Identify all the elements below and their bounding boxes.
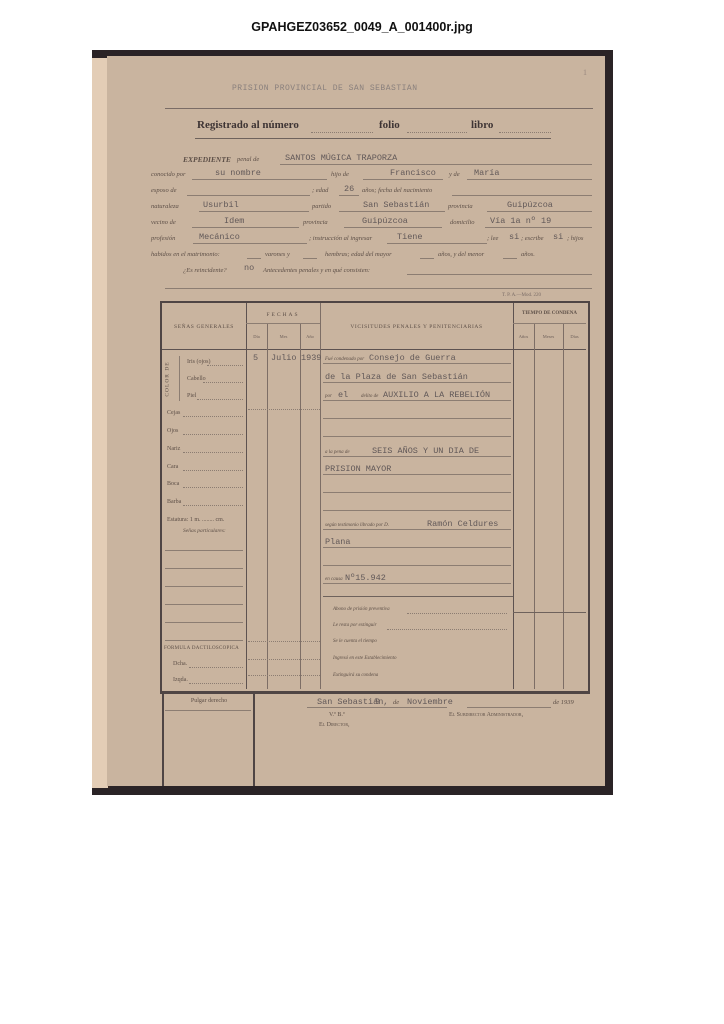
col-divider <box>534 324 535 689</box>
line <box>165 586 243 587</box>
fechas-sub-rule <box>246 323 320 324</box>
hijo-de-label: hijo de <box>331 171 349 178</box>
col-divider <box>563 324 564 689</box>
line <box>165 550 243 551</box>
senas-particulares-label: Señas particulares: <box>183 528 226 534</box>
col-tiempo-condena: TIEMPO DE CONDENA <box>513 311 586 316</box>
vecino-label: vecino de <box>151 219 176 226</box>
testimonio-line-1: Ramón Celdures <box>427 519 498 529</box>
line <box>189 667 243 668</box>
registro-numero-field <box>311 132 373 133</box>
director-label: El Director, <box>319 722 349 728</box>
anos-label: años. <box>521 251 535 258</box>
registrado-label: Registrado al número <box>197 119 299 131</box>
col-anos: Años <box>513 334 534 339</box>
line <box>452 195 592 196</box>
piel-label: Piel <box>187 393 196 399</box>
penal-de-label: penal de <box>237 156 259 163</box>
corner-mark: 1 <box>583 68 587 77</box>
hijos-label: ; hijos <box>567 235 583 242</box>
line <box>323 596 513 597</box>
line <box>192 179 327 180</box>
cejas-label: Cejas <box>167 410 180 416</box>
line <box>183 487 243 488</box>
cuenta-label: Se le cuenta el tiempo <box>333 639 377 644</box>
domicilio-label: domicilio <box>450 219 475 226</box>
habidos-label: habidos en el matrimonio: <box>151 251 220 258</box>
domicilio-value: Vía 1a nº 19 <box>490 216 551 226</box>
provincia-label: provincia <box>448 203 473 210</box>
bottom-rule <box>160 692 590 694</box>
form-code: T. P. A.—Mod. 220 <box>502 293 541 298</box>
prisoner-name: SANTOS MÚGICA TRAPORZA <box>285 153 397 163</box>
footer-month: Noviembre <box>407 697 453 707</box>
line <box>467 707 551 708</box>
col-dia: Día <box>246 334 267 339</box>
col-vicisitudes: VICISITUDES PENALES Y PENITENCIARIAS <box>320 324 513 330</box>
dcha-label: Dcha. <box>173 661 187 667</box>
line <box>339 211 445 212</box>
line <box>192 227 299 228</box>
line <box>307 707 447 708</box>
line <box>323 400 511 401</box>
color-de-label: COLOR DE <box>165 361 171 396</box>
pena-line-1: SEIS AÑOS Y UN DIA DE <box>372 446 479 456</box>
line <box>323 363 511 364</box>
cara-label: Cara <box>167 464 178 470</box>
pena-line-2: PRISION MAYOR <box>325 464 391 474</box>
nariz-label: Nariz <box>167 446 180 452</box>
line <box>183 470 243 471</box>
line <box>207 365 243 366</box>
libro-label: libro <box>471 119 493 131</box>
tiempo-sub-rule <box>513 323 586 324</box>
izqda-label: Izqda. <box>173 677 188 683</box>
line <box>247 258 261 259</box>
line <box>387 629 507 630</box>
line <box>323 565 511 566</box>
ojos-label: Ojos <box>167 428 178 434</box>
boca-label: Boca <box>167 481 179 487</box>
line <box>165 710 251 711</box>
line <box>165 568 243 569</box>
pena-label: a la pena de <box>325 450 350 455</box>
line <box>303 258 317 259</box>
condenado-por-label: Fué condenado por <box>325 357 364 362</box>
line <box>183 434 243 435</box>
line <box>197 399 243 400</box>
subdirector-label: El Subdirector Administrador, <box>449 712 523 718</box>
line <box>183 505 243 506</box>
profesion-label: profesión <box>151 235 175 242</box>
line <box>183 416 243 417</box>
line <box>165 288 592 289</box>
delito-label: delito de <box>361 394 378 399</box>
line <box>183 452 243 453</box>
col-divider <box>267 324 268 689</box>
instruccion-label: ; instrucción al ingresar <box>309 235 372 242</box>
col-senas-generales: SEÑAS GENERALES <box>162 324 246 330</box>
line <box>407 274 592 275</box>
varones-label: varones y <box>265 251 290 258</box>
naturaleza-label: naturaleza <box>151 203 179 210</box>
col-meses: Meses <box>534 334 563 339</box>
line <box>503 258 517 259</box>
line <box>203 382 243 383</box>
tribunal-line-2: de la Plaza de San Sebastián <box>325 372 468 382</box>
line <box>323 382 511 383</box>
testimonio-line-2: Plana <box>325 537 351 547</box>
line <box>248 659 320 660</box>
line <box>189 683 243 684</box>
folio-label: folio <box>379 119 400 131</box>
line <box>165 640 243 641</box>
instruccion-value: Tiene <box>397 232 423 242</box>
y-de-label: y de <box>449 171 460 178</box>
col-fechas: FECHAS <box>246 312 320 318</box>
registro-rule <box>195 138 551 139</box>
line <box>467 179 592 180</box>
line <box>165 604 243 605</box>
line <box>165 622 243 623</box>
line <box>248 409 320 410</box>
pulgar-derecho-label: Pulgar derecho <box>165 698 253 704</box>
line <box>323 510 511 511</box>
libro-field <box>499 132 551 133</box>
provincia2-label: provincia <box>303 219 328 226</box>
causa-label: en causa <box>325 577 343 582</box>
table-header-rule <box>162 349 586 350</box>
line <box>387 243 487 244</box>
footer-de-label: de <box>393 699 399 706</box>
fecha-nacimiento-label: años; fecha del nacimiento <box>362 187 432 194</box>
fecha-dia-value: 5 <box>253 353 258 363</box>
fecha-mes-value: Julio <box>271 353 297 363</box>
esposo-de-label: esposo de <box>151 187 176 194</box>
provincia-vecino-value: Guipúzcoa <box>362 216 408 226</box>
line <box>323 418 511 419</box>
line <box>339 195 359 196</box>
line <box>199 211 309 212</box>
line <box>193 243 307 244</box>
vb-label: V.º B.º <box>329 712 345 718</box>
line <box>485 227 592 228</box>
abono-label: Abono de prisión preventiva <box>333 607 390 612</box>
partido-label: partido <box>312 203 331 210</box>
color-bracket <box>179 356 180 401</box>
anos-menor-label: años, y del menor <box>438 251 484 258</box>
line <box>323 456 511 457</box>
line <box>323 492 511 493</box>
edad-label: ; edad <box>312 187 328 194</box>
lee-value: si <box>509 232 519 242</box>
prison-record-form: PRISION PROVINCIAL DE SAN SEBASTIAN 1 Re… <box>107 56 605 786</box>
father-name: Francisco <box>390 168 436 178</box>
delito-value: AUXILIO A LA REBELIÓN <box>383 390 490 400</box>
extinguira-label: Extinguirá su condena <box>333 673 378 678</box>
line <box>187 195 310 196</box>
escribe-value: si <box>553 232 563 242</box>
line <box>407 613 507 614</box>
testimonio-label: según testimonio librado por D. <box>325 523 389 528</box>
col-divider <box>300 324 301 689</box>
estatura-label: Estatura: 1 m. ........ cm. <box>167 517 224 523</box>
line <box>344 227 442 228</box>
file-name-title: GPAHGEZ03652_0049_A_001400r.jpg <box>0 20 724 34</box>
fecha-ano-value: 1939 <box>301 353 321 363</box>
por-label: por <box>325 394 332 399</box>
conocido-por-label: conocido por <box>151 171 185 178</box>
col-dias: Días <box>563 334 586 339</box>
partido-value: San Sebastián <box>363 200 429 210</box>
causa-value: Nº15.942 <box>345 573 386 583</box>
mother-name: María <box>474 168 500 178</box>
escribe-label: ; escribe <box>521 235 544 242</box>
birthplace-value: Usurbil <box>203 200 239 210</box>
line <box>323 547 511 548</box>
line <box>363 179 443 180</box>
conocido-por-value: su nombre <box>215 168 261 178</box>
folio-field <box>407 132 467 133</box>
bottom-divider <box>253 692 255 786</box>
line <box>323 529 511 530</box>
line <box>323 474 511 475</box>
barba-label: Barba <box>167 499 181 505</box>
vecino-value: Idem <box>224 216 244 226</box>
col-divider <box>246 303 247 689</box>
line <box>513 612 586 613</box>
col-ano: Año <box>300 334 320 339</box>
col-divider <box>513 303 514 689</box>
line <box>323 436 511 437</box>
line <box>487 211 592 212</box>
footer-day: 9 <box>375 697 380 707</box>
name-line <box>280 164 592 165</box>
formula-dactiloscopica-label: FORMULA DACTILOSCOPICA <box>164 646 239 651</box>
reincidente-label: ¿Es reincidente? <box>183 267 227 274</box>
hembras-label: hembras; edad del mayor <box>325 251 392 258</box>
expediente-label: EXPEDIENTE <box>183 155 231 164</box>
footer-year: de 1939 <box>553 699 574 706</box>
line <box>420 258 434 259</box>
reincidente-value: no <box>244 263 254 273</box>
col-mes: Mes <box>267 334 300 339</box>
resta-label: Le resta por extinguir <box>333 623 377 628</box>
age-value: 26 <box>344 184 354 194</box>
profession-value: Mecánico <box>199 232 240 242</box>
institution-header: PRISION PROVINCIAL DE SAN SEBASTIAN <box>232 84 418 93</box>
header-rule <box>165 108 593 109</box>
lee-label: ; lee <box>487 235 498 242</box>
ingreso-label: Ingresó en este Establecimiento <box>333 656 397 661</box>
line <box>323 583 511 584</box>
antecedentes-label: Antecedentes penales y en qué consisten: <box>263 267 370 274</box>
bottom-left-border <box>162 692 164 786</box>
tribunal-line-1: Consejo de Guerra <box>369 353 456 363</box>
line <box>248 675 320 676</box>
line <box>248 641 320 642</box>
provincia-value: Guipúzcoa <box>507 200 553 210</box>
el-value: el <box>338 390 348 400</box>
